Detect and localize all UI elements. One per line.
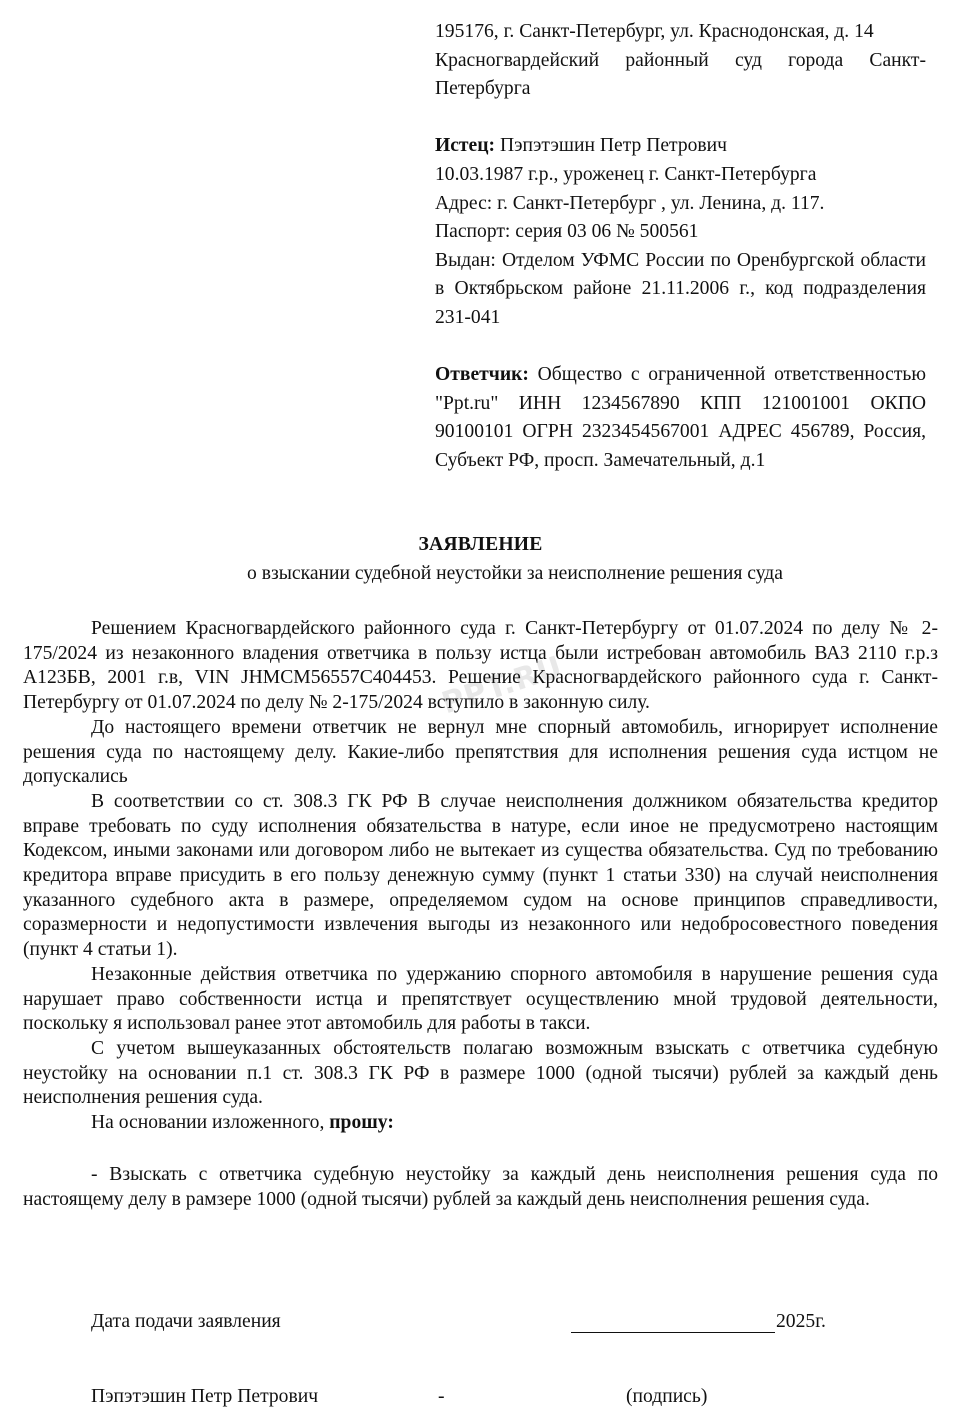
- spacer: [435, 333, 926, 362]
- spacer: [435, 104, 926, 133]
- body-paragraph: Решением Красногвардейского районного су…: [23, 617, 938, 716]
- plaintiff-line: Истец: Пэпэтэшин Петр Петрович: [435, 132, 926, 161]
- addressee-block: 195176, г. Санкт-Петербург, ул. Краснодо…: [435, 18, 926, 476]
- plaintiff-birth: 10.03.1987 г.р., уроженец г. Санкт-Петер…: [435, 161, 926, 190]
- body-paragraph: В соответствии со ст. 308.3 ГК РФ В случ…: [23, 790, 938, 963]
- signature-dash: -: [438, 1385, 445, 1409]
- defendant-label: Ответчик:: [435, 364, 529, 385]
- court-name-line1: Красногвардейский районный суд города Са…: [435, 47, 926, 76]
- court-address: 195176, г. Санкт-Петербург, ул. Краснодо…: [435, 18, 926, 47]
- plaintiff-passport: Паспорт: серия 03 06 № 500561: [435, 218, 926, 247]
- date-year: 2025г.: [776, 1310, 826, 1334]
- court-name-line2: Петербурга: [435, 75, 926, 104]
- plaintiff-label: Истец:: [435, 135, 495, 156]
- request-keyword: прошу:: [329, 1112, 394, 1133]
- request-item: - Взыскать с ответчика судебную неустойк…: [23, 1163, 938, 1212]
- request-intro-text: На основании изложенного,: [91, 1112, 329, 1133]
- body-paragraph: С учетом вышеуказанных обстоятельств пол…: [23, 1037, 938, 1111]
- signature-label: (подпись): [626, 1385, 707, 1409]
- plaintiff-passport-issued: Выдан: Отделом УФМС России по Оренбургск…: [435, 247, 926, 333]
- document-subtitle: о взыскании судебной неустойки за неиспо…: [0, 560, 961, 588]
- request-list: - Взыскать с ответчика судебную неустойк…: [23, 1163, 938, 1212]
- body-paragraph: Незаконные действия ответчика по удержан…: [23, 963, 938, 1037]
- statement-body: Решением Красногвардейского районного су…: [23, 617, 938, 1136]
- plaintiff-address: Адрес: г. Санкт-Петербург , ул. Ленина, …: [435, 190, 926, 219]
- date-label: Дата подачи заявления: [91, 1310, 281, 1334]
- plaintiff-name: Пэпэтэшин Петр Петрович: [495, 135, 727, 156]
- document-title: ЗАЯВЛЕНИЕ: [0, 531, 961, 559]
- request-intro: На основании изложенного, прошу:: [23, 1111, 938, 1136]
- signer-name: Пэпэтэшин Петр Петрович: [91, 1385, 318, 1409]
- body-paragraph: До настоящего времени ответчик не вернул…: [23, 716, 938, 790]
- date-blank-line: [571, 1332, 775, 1333]
- defendant-line: Ответчик: Общество с ограниченной ответс…: [435, 361, 926, 475]
